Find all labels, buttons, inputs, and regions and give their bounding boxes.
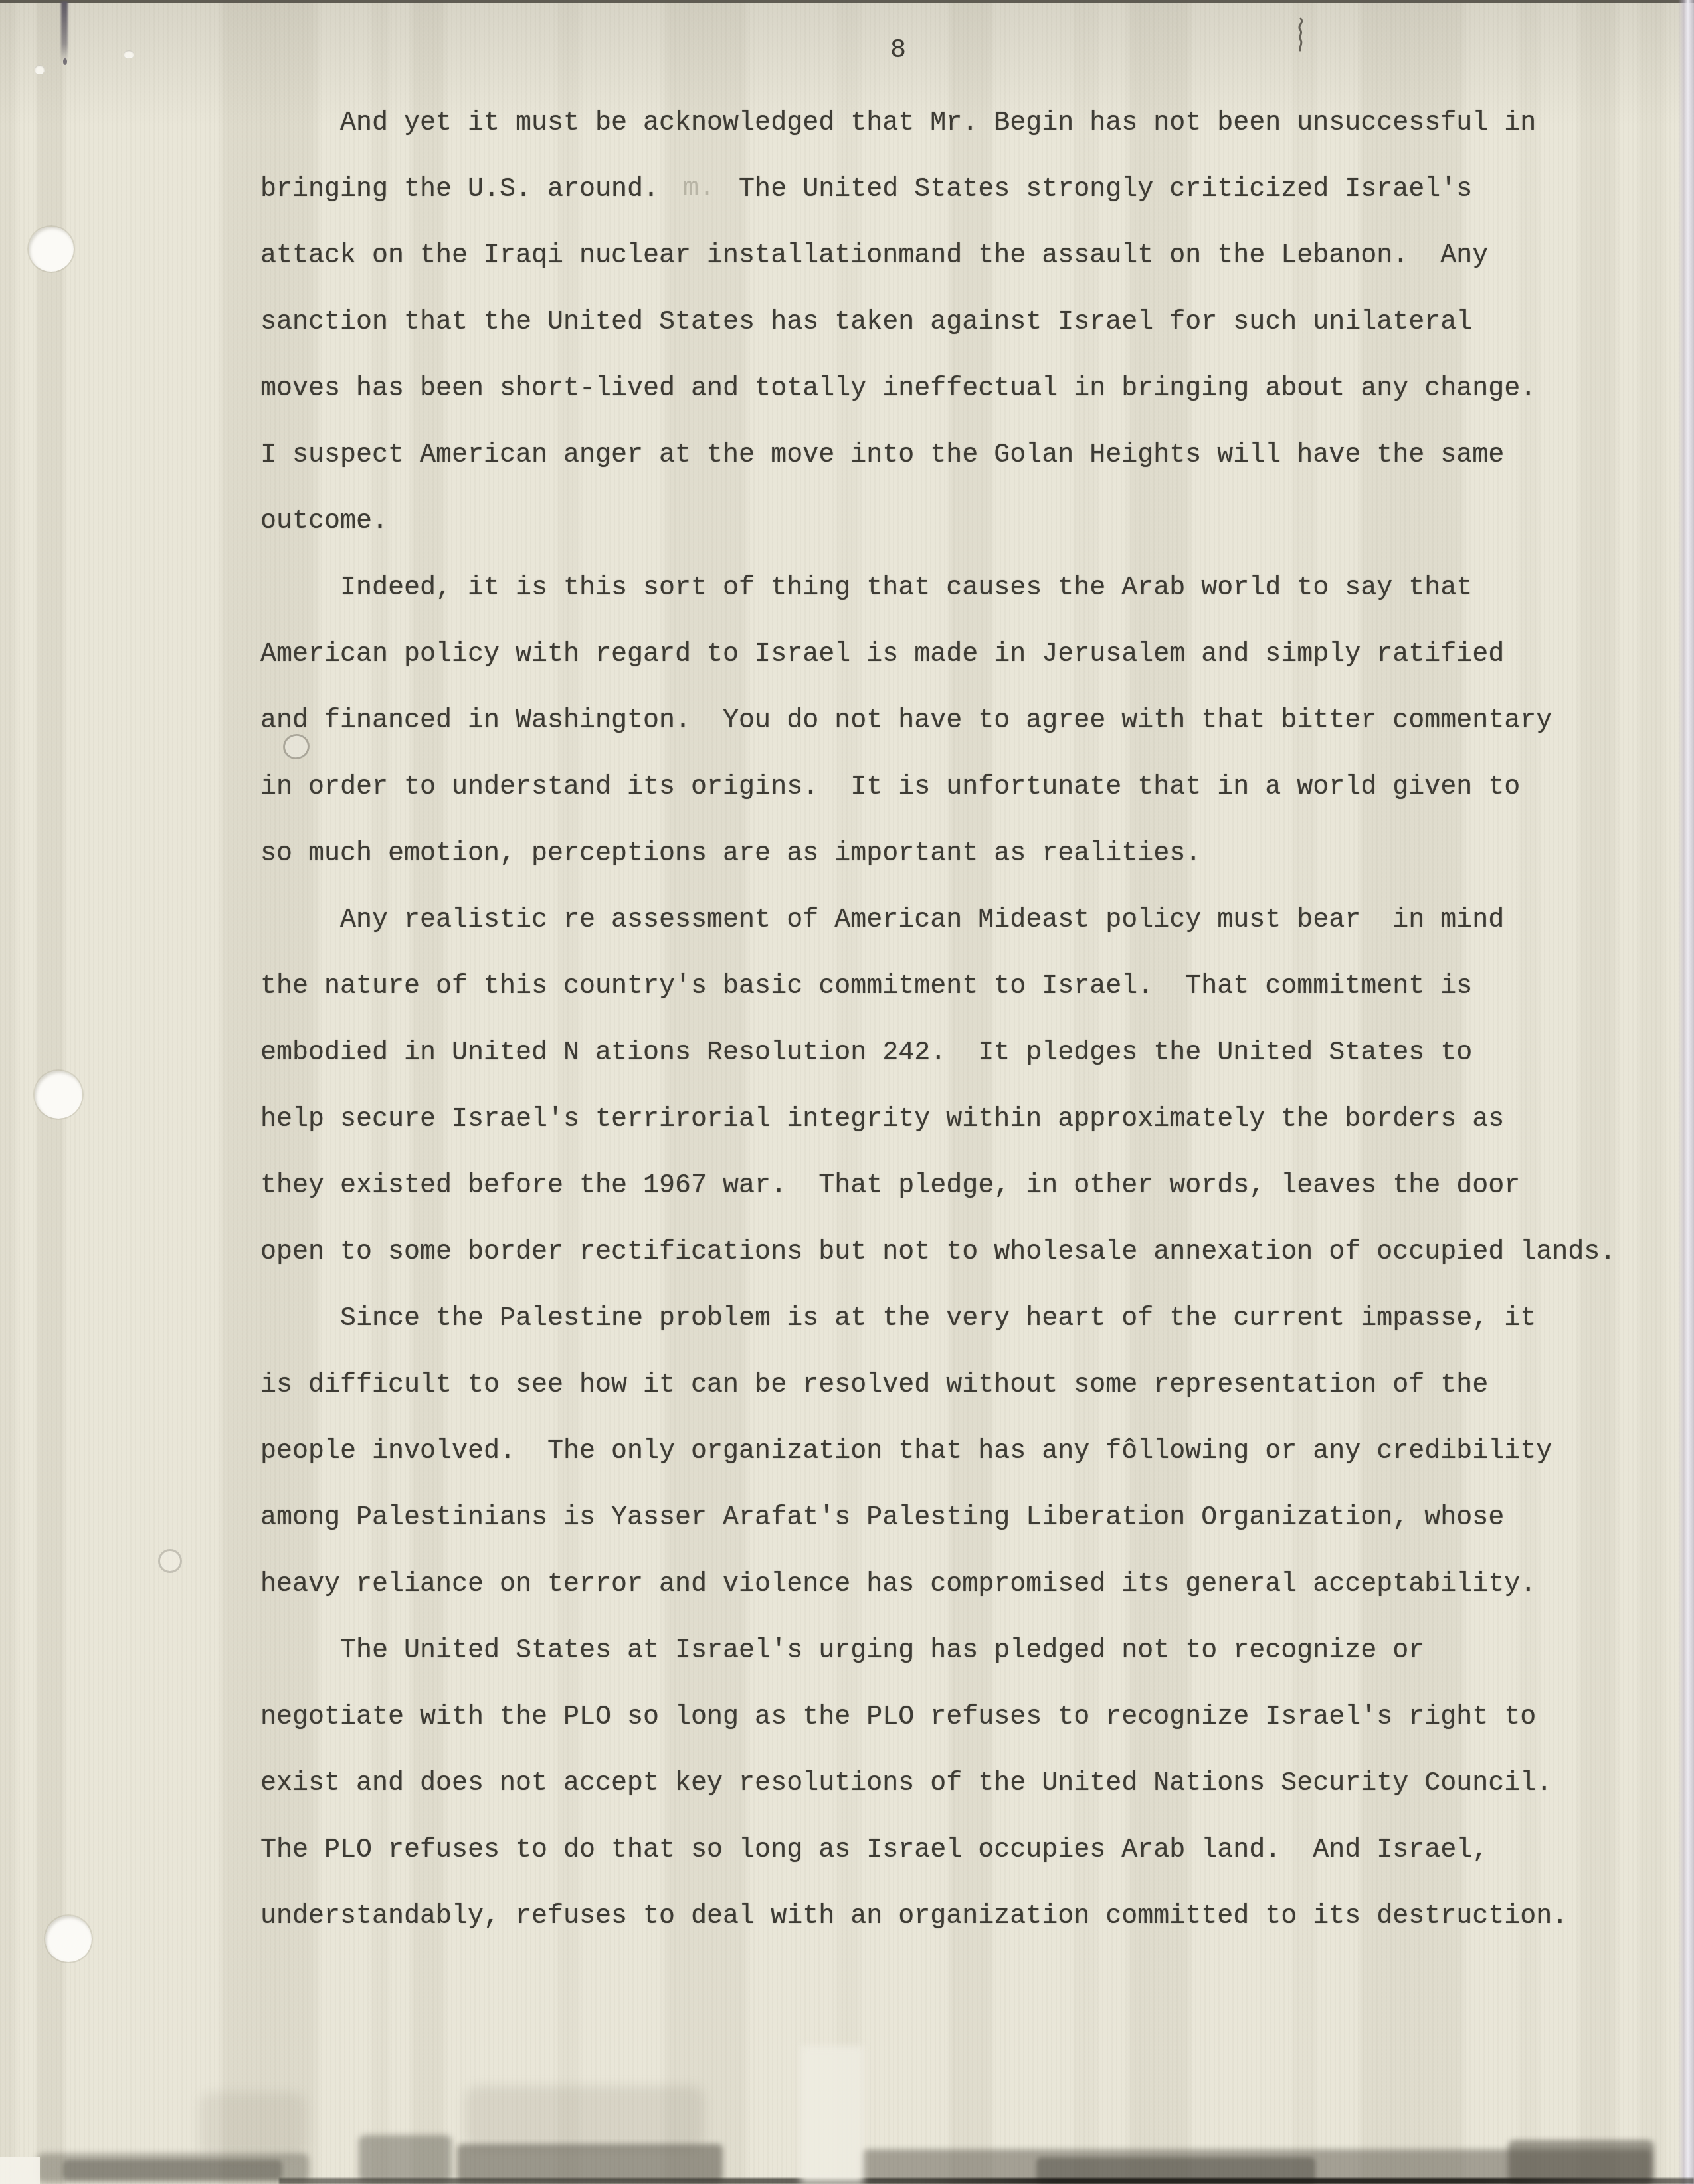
- text-line: Since the Palestine problem is at the ve…: [260, 1286, 1662, 1352]
- text-line: so much emotion, perceptions are as impo…: [260, 821, 1662, 887]
- hole-punch: [35, 1071, 82, 1119]
- smudge-corner-light: [0, 2157, 40, 2184]
- text-line: among Palestinians is Yasser Arafat's Pa…: [260, 1485, 1662, 1552]
- text-line: embodied in United N ations Resolution 2…: [260, 1020, 1662, 1087]
- text-line: attack on the Iraqi nuclear installation…: [260, 223, 1662, 290]
- smudge: [1036, 2157, 1315, 2184]
- text-line: understandably, refuses to deal with an …: [260, 1884, 1662, 1950]
- scanned-document-page: { "document": { "page_number": "8", "gho…: [0, 0, 1694, 2184]
- typed-text: And yet it must be acknowledged that Mr.…: [260, 90, 1662, 1950]
- ink-streak: [61, 1, 68, 62]
- smudge: [359, 2135, 452, 2183]
- text-line: exist and does not accept key resolution…: [260, 1751, 1662, 1817]
- text-line: open to some border rectifications but n…: [260, 1220, 1662, 1286]
- ink-dot: [63, 58, 67, 65]
- hole-punch: [45, 1916, 92, 1962]
- text-line: help secure Israel's terrirorial integri…: [260, 1087, 1662, 1153]
- text-line: people involved. The only organization t…: [260, 1419, 1662, 1485]
- smudge: [465, 2086, 704, 2149]
- text-line: And yet it must be acknowledged that Mr.…: [260, 90, 1662, 157]
- smudge: [1508, 2140, 1654, 2184]
- text-line: Indeed, it is this sort of thing that ca…: [260, 555, 1662, 622]
- text-line: sanction that the United States has take…: [260, 290, 1662, 356]
- smudge: [457, 2144, 723, 2183]
- text-line: negotiate with the PLO so long as the PL…: [260, 1684, 1662, 1751]
- text-line: The United States at Israel's urging has…: [260, 1618, 1662, 1684]
- paper-speck: [124, 50, 134, 58]
- text-line: Any realistic re assessment of American …: [260, 887, 1662, 954]
- text-line: the nature of this country's basic commi…: [260, 954, 1662, 1020]
- text-line: I suspect American anger at the move int…: [260, 422, 1662, 489]
- text-line: moves has been short-lived and totally i…: [260, 356, 1662, 422]
- scan-top-edge: [0, 0, 1694, 3]
- text-line: in order to understand its origins. It i…: [260, 755, 1662, 821]
- scan-right-edge: [1678, 0, 1694, 2184]
- hole-punch: [29, 227, 74, 272]
- smudge: [861, 2149, 1651, 2184]
- text-line: and financed in Washington. You do not h…: [260, 688, 1662, 755]
- squiggle-icon: [1291, 17, 1309, 52]
- text-line: they existed before the 1967 war. That p…: [260, 1153, 1662, 1220]
- text-line: heavy reliance on terror and violence ha…: [260, 1552, 1662, 1618]
- text-line: bringing the U.S. around. The United Sta…: [260, 157, 1662, 223]
- text-line: outcome.: [260, 489, 1662, 555]
- text-line: American policy with regard to Israel is…: [260, 622, 1662, 688]
- smudge-edge-line: [279, 2178, 1694, 2184]
- smudge: [199, 2092, 306, 2155]
- page-number: 8: [890, 35, 906, 68]
- smudge: [63, 2160, 282, 2180]
- text-line: is difficult to see how it can be resolv…: [260, 1352, 1662, 1419]
- smudge: [37, 2153, 309, 2183]
- ink-squiggle-mark: [1291, 17, 1309, 55]
- paper-speck: [35, 65, 45, 74]
- ring-mark: [158, 1549, 182, 1573]
- text-line: The PLO refuses to do that so long as Is…: [260, 1817, 1662, 1884]
- smudge-light-gap: [800, 2046, 864, 2184]
